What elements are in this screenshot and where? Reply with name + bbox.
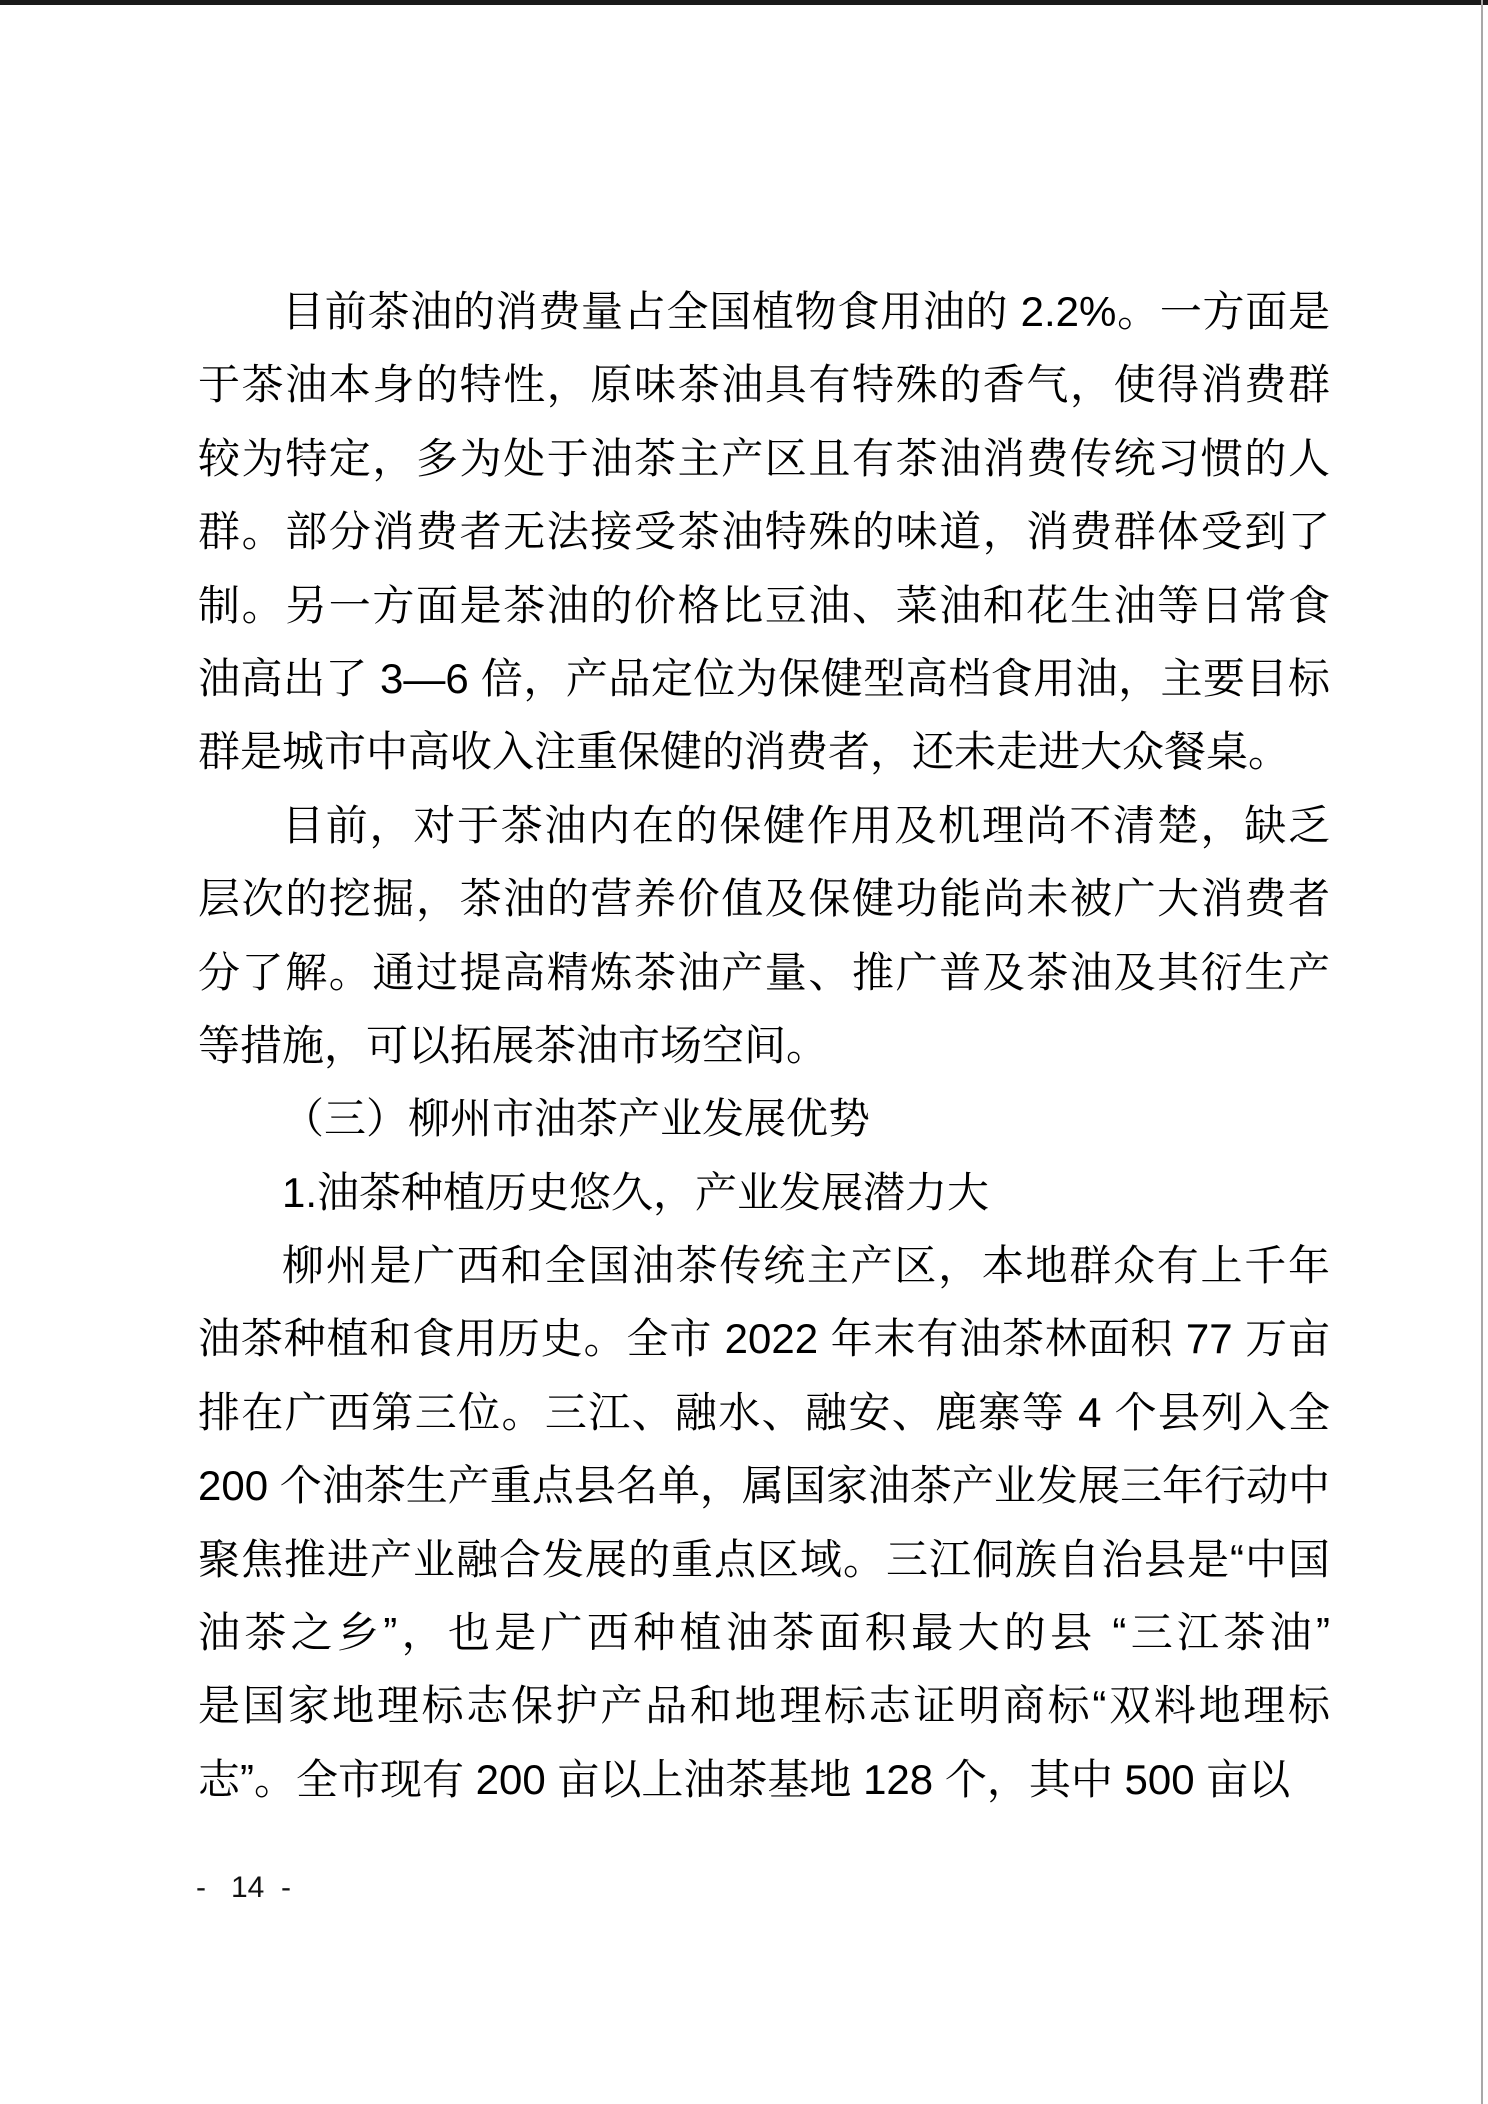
text-line: 层次的挖掘，茶油的营养价值及保健功能尚未被广大消费者充 [198,862,1330,935]
page-right-edge-line [1481,0,1483,2104]
text-line: 目前茶油的消费量占全国植物食用油的 2.2%。一方面是由 [198,275,1330,348]
text-line: 群。部分消费者无法接受茶油特殊的味道，消费群体受到了限 [198,495,1330,568]
text-line: 是国家地理标志保护产品和地理标志证明商标“双料地理标 [198,1669,1330,1742]
text-line: 聚焦推进产业融合发展的重点区域。三江侗族自治县是“中国 [198,1523,1330,1596]
text-line: 群是城市中高收入注重保健的消费者，还未走进大众餐桌。 [198,715,1330,788]
text-line: 较为特定，多为处于油茶主产区且有茶油消费传统习惯的人 [198,422,1330,495]
text-line: （三）柳州市油茶产业发展优势 [198,1082,1330,1155]
text-line: 200 个油茶生产重点县名单，属国家油茶产业发展三年行动中 [198,1449,1330,1522]
text-line: 目前，对于茶油内在的保健作用及机理尚不清楚，缺乏深 [198,789,1330,862]
text-line: 油高出了 3—6 倍，产品定位为保健型高档食用油，主要目标人 [198,642,1330,715]
page-top-edge-line [0,0,1488,5]
text-line: 于茶油本身的特性，原味茶油具有特殊的香气，使得消费群体 [198,348,1330,421]
text-line: 油茶种植和食用历史。全市 2022 年末有油茶林面积 77 万亩 [198,1302,1330,1375]
text-line: 柳州是广西和全国油茶传统主产区，本地群众有上千年的 [198,1229,1330,1302]
text-line: 排在广西第三位。三江、融水、融安、鹿寨等 4 个县列入全国 [198,1376,1330,1449]
text-line: 油茶之乡”，也是广西种植油茶面积最大的县 “三江茶油” [198,1596,1330,1669]
document-body: 目前茶油的消费量占全国植物食用油的 2.2%。一方面是由于茶油本身的特性，原味茶… [198,275,1330,1816]
text-line: 制。另一方面是茶油的价格比豆油、菜油和花生油等日常食用 [198,569,1330,642]
text-line: 1.油茶种植历史悠久，产业发展潜力大 [198,1156,1330,1229]
text-line: 志”。全市现有 200 亩以上油茶基地 128 个，其中 500 亩以上 [198,1743,1330,1816]
text-line: 分了解。通过提高精炼茶油产量、推广普及茶油及其衍生产品 [198,936,1330,1009]
page-number: - 14 - [196,1868,291,1908]
document-page: { "page": { "colors": { "background": "#… [0,0,1488,2104]
text-line: 等措施，可以拓展茶油市场空间。 [198,1009,1330,1082]
